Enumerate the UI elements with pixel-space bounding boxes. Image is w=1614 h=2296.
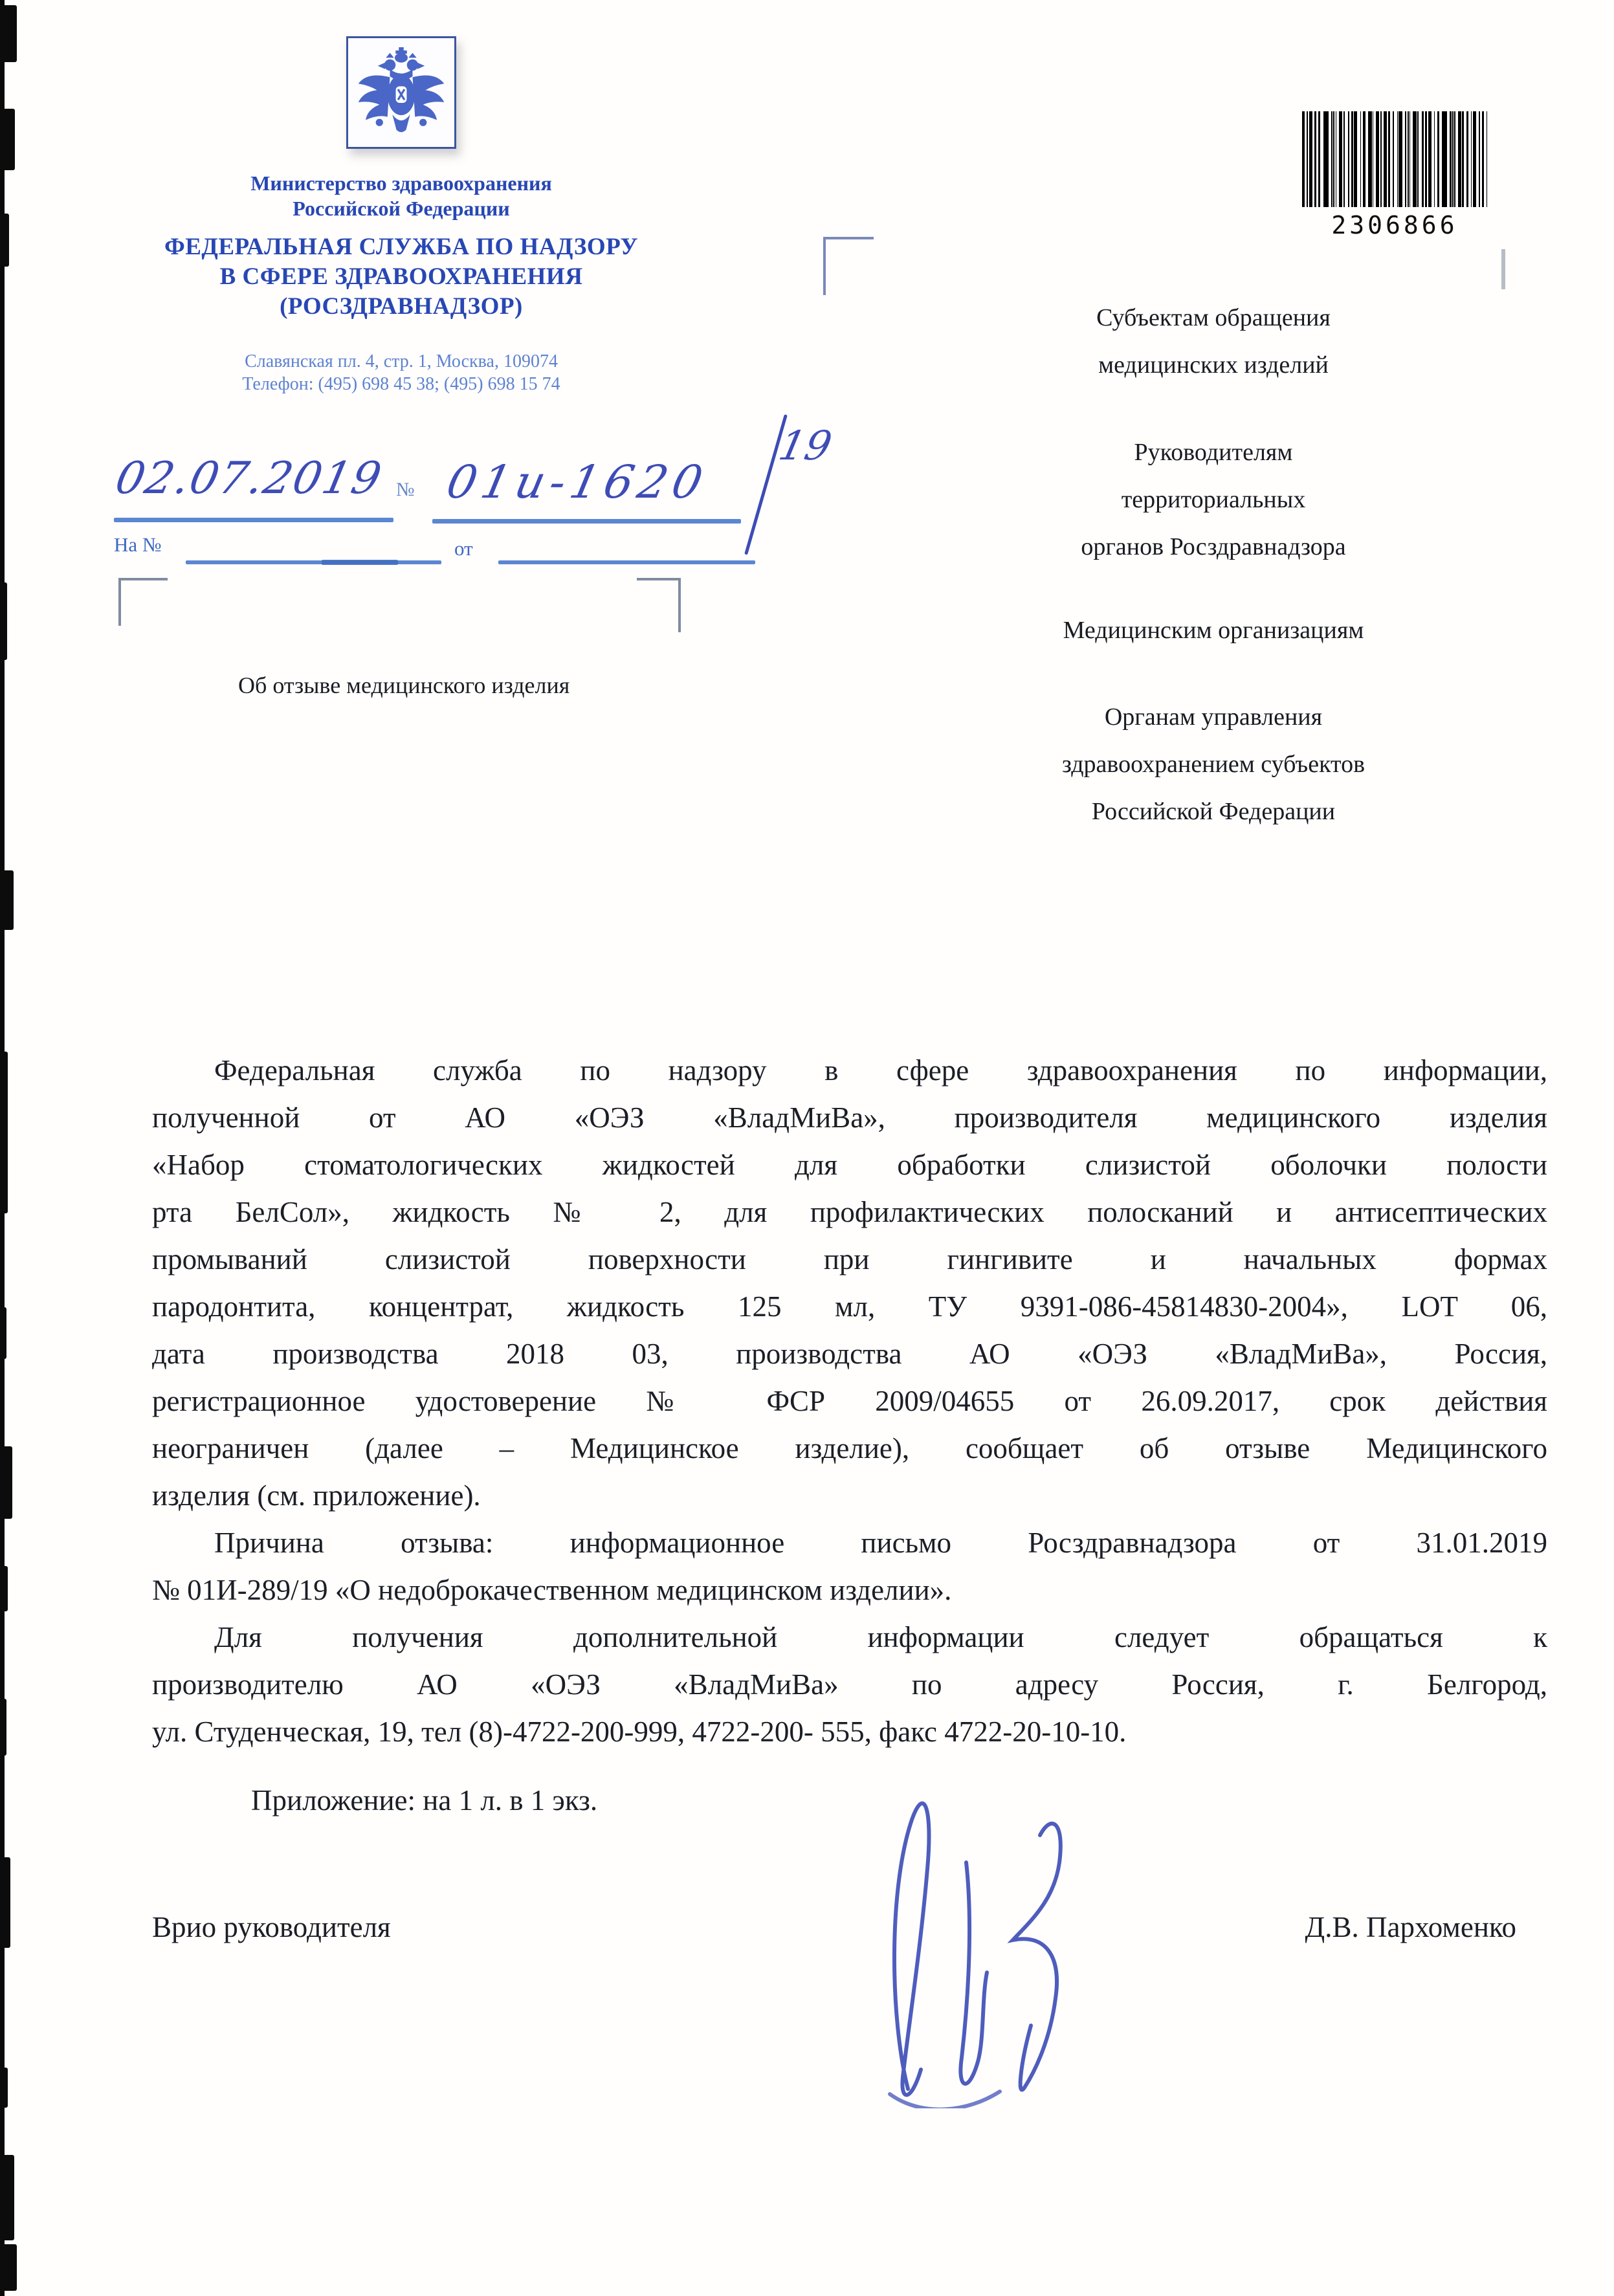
letter-body: Федеральная служба по надзору в сфере зд… — [152, 1047, 1547, 1756]
service-line-2: В СФЕРЕ ЗДРАВООХРАНЕНИЯ — [110, 262, 692, 292]
subject-zone-corner-mark-right — [637, 578, 681, 632]
service-name: ФЕДЕРАЛЬНАЯ СЛУЖБА ПО НАДЗОРУ В СФЕРЕ ЗД… — [110, 232, 692, 322]
body-line: регистрационное удостоверение № ФСР 2009… — [152, 1378, 1547, 1425]
body-line: ул. Студенческая, 19, тел (8)-4722-200-9… — [152, 1708, 1547, 1756]
body-line: Федеральная служба по надзору в сфере зд… — [152, 1047, 1547, 1094]
attachment-note: Приложение: на 1 л. в 1 экз. — [251, 1783, 597, 1817]
reply-to-label: На № — [114, 533, 161, 557]
reply-number-underline-dark-segment — [322, 560, 398, 565]
signer-name: Д.В. Пархоменко — [1305, 1910, 1516, 1944]
addressee-line: территориальных — [951, 476, 1476, 524]
body-line: Для получения дополнительной информации … — [152, 1614, 1547, 1661]
handwritten-number-suffix: 19 — [775, 422, 835, 469]
coat-of-arms-emblem — [346, 36, 456, 149]
body-line: изделия (см. приложение). — [152, 1472, 1547, 1519]
letterhead: Министерство здравоохранения Российской … — [110, 36, 692, 395]
body-line: полученной от АО «ОЭЗ «ВладМиВа», произв… — [152, 1094, 1547, 1142]
body-line: № 01И-289/19 «О недоброкачественном меди… — [152, 1567, 1547, 1614]
reply-date-underline — [498, 560, 755, 564]
addressee-group-4: Органам управления здравоохранением субъ… — [951, 694, 1476, 835]
number-sign: № — [396, 479, 415, 501]
ministry-line-2: Российской Федерации — [110, 196, 692, 221]
body-line: промываний слизистой поверхности при гин… — [152, 1236, 1547, 1283]
letterhead-phone: Телефон: (495) 698 45 38; (495) 698 15 7… — [110, 373, 692, 395]
body-line: дата производства 2018 03, производства … — [152, 1330, 1547, 1378]
subject-line: Об отзыве медицинского изделия — [238, 672, 569, 699]
service-line-1: ФЕДЕРАЛЬНАЯ СЛУЖБА ПО НАДЗОРУ — [110, 232, 692, 262]
addressee-group-2: Руководителям территориальных органов Ро… — [951, 429, 1476, 571]
ministry-line-1: Министерство здравоохранения — [110, 171, 692, 196]
signer-position: Врио руководителя — [152, 1910, 391, 1944]
body-line: пародонтита, концентрат, жидкость 125 мл… — [152, 1283, 1547, 1330]
body-line: неограничен (далее – Медицинское изделие… — [152, 1425, 1547, 1472]
addressee-zone-corner-mark — [823, 237, 874, 295]
addressee-line: органов Росздравнадзора — [951, 524, 1476, 571]
scan-smudge — [1501, 249, 1505, 289]
date-underline — [114, 518, 393, 522]
reply-from-label: от — [454, 537, 473, 560]
reply-number-underline — [186, 560, 441, 564]
barcode-number: 2306866 — [1302, 211, 1487, 239]
addressee-line: Медицинским организациям — [951, 607, 1476, 654]
addressee-line: Российской Федерации — [951, 788, 1476, 835]
addressee-group-1: Субъектам обращения медицинских изделий — [951, 294, 1476, 389]
handwritten-signature — [870, 1785, 1090, 2108]
addressee-line: медицинских изделий — [951, 342, 1476, 389]
letterhead-address: Славянская пл. 4, стр. 1, Москва, 109074 — [110, 350, 692, 373]
signature-row: Врио руководителя Д.В. Пархоменко — [152, 1910, 1516, 1944]
body-line: рта БелСол», жидкость № 2, для профилакт… — [152, 1189, 1547, 1236]
addressee-line: Субъектам обращения — [951, 294, 1476, 342]
handwritten-number: 01и-1620 — [442, 456, 712, 509]
letterhead-contacts: Славянская пл. 4, стр. 1, Москва, 109074… — [110, 350, 692, 395]
body-line: Причина отзыва: информационное письмо Ро… — [152, 1519, 1547, 1567]
addressee-group-3: Медицинским организациям — [951, 607, 1476, 654]
service-line-3: (РОСЗДРАВНАДЗОР) — [110, 292, 692, 322]
barcode — [1302, 111, 1487, 207]
double-headed-eagle-icon — [353, 44, 450, 141]
addressee-line: здравоохранением субъектов — [951, 741, 1476, 788]
body-line: «Набор стоматологических жидкостей для о… — [152, 1142, 1547, 1189]
body-line: производителю АО «ОЭЗ «ВладМиВа» по адре… — [152, 1661, 1547, 1708]
number-underline — [432, 519, 741, 524]
addressee-line: Органам управления — [951, 694, 1476, 741]
handwritten-date: 02.07.2019 — [111, 453, 387, 504]
ministry-name: Министерство здравоохранения Российской … — [110, 171, 692, 221]
scanned-letter-page: { "colors": { "header_blue": "#2847b4", … — [0, 0, 1614, 2296]
handwritten-slash — [744, 414, 788, 555]
subject-zone-corner-mark-left — [118, 578, 168, 626]
addressee-line: Руководителям — [951, 429, 1476, 476]
